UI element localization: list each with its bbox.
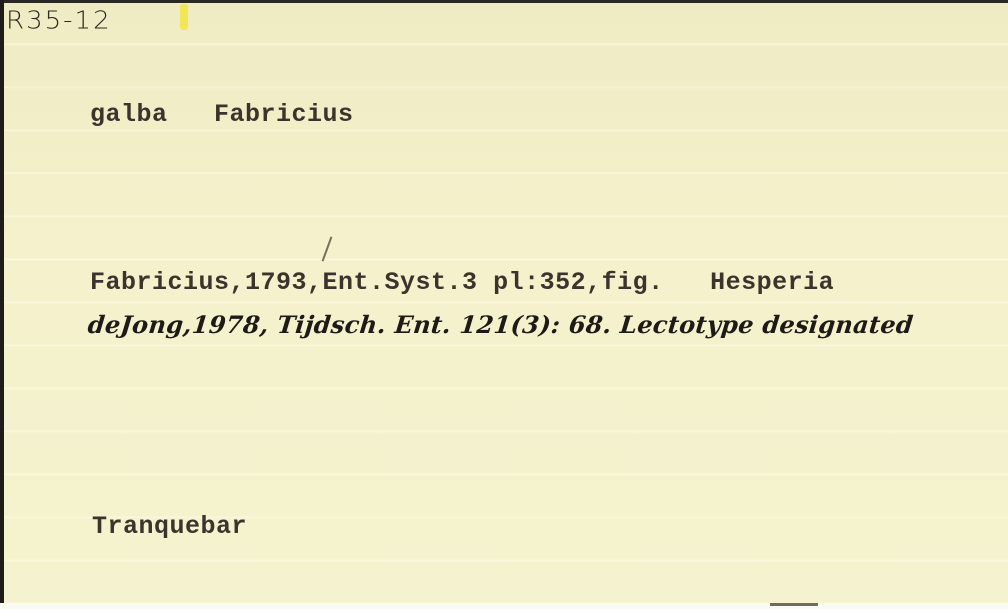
tab-shadow: [770, 603, 818, 606]
species-heading: galba Fabricius: [90, 100, 354, 129]
card-bottom-strip: [0, 603, 1008, 609]
highlight-mark: [180, 4, 188, 30]
type-locality: Tranquebar: [92, 512, 247, 541]
handwritten-lectotype-note: deJong,1978, Tijdsch. Ent. 121(3): 68. L…: [86, 310, 914, 339]
original-citation: Fabricius,1793,Ent.Syst.3 pl:352,fig. He…: [90, 268, 834, 297]
card-number: R35-12: [6, 7, 112, 36]
